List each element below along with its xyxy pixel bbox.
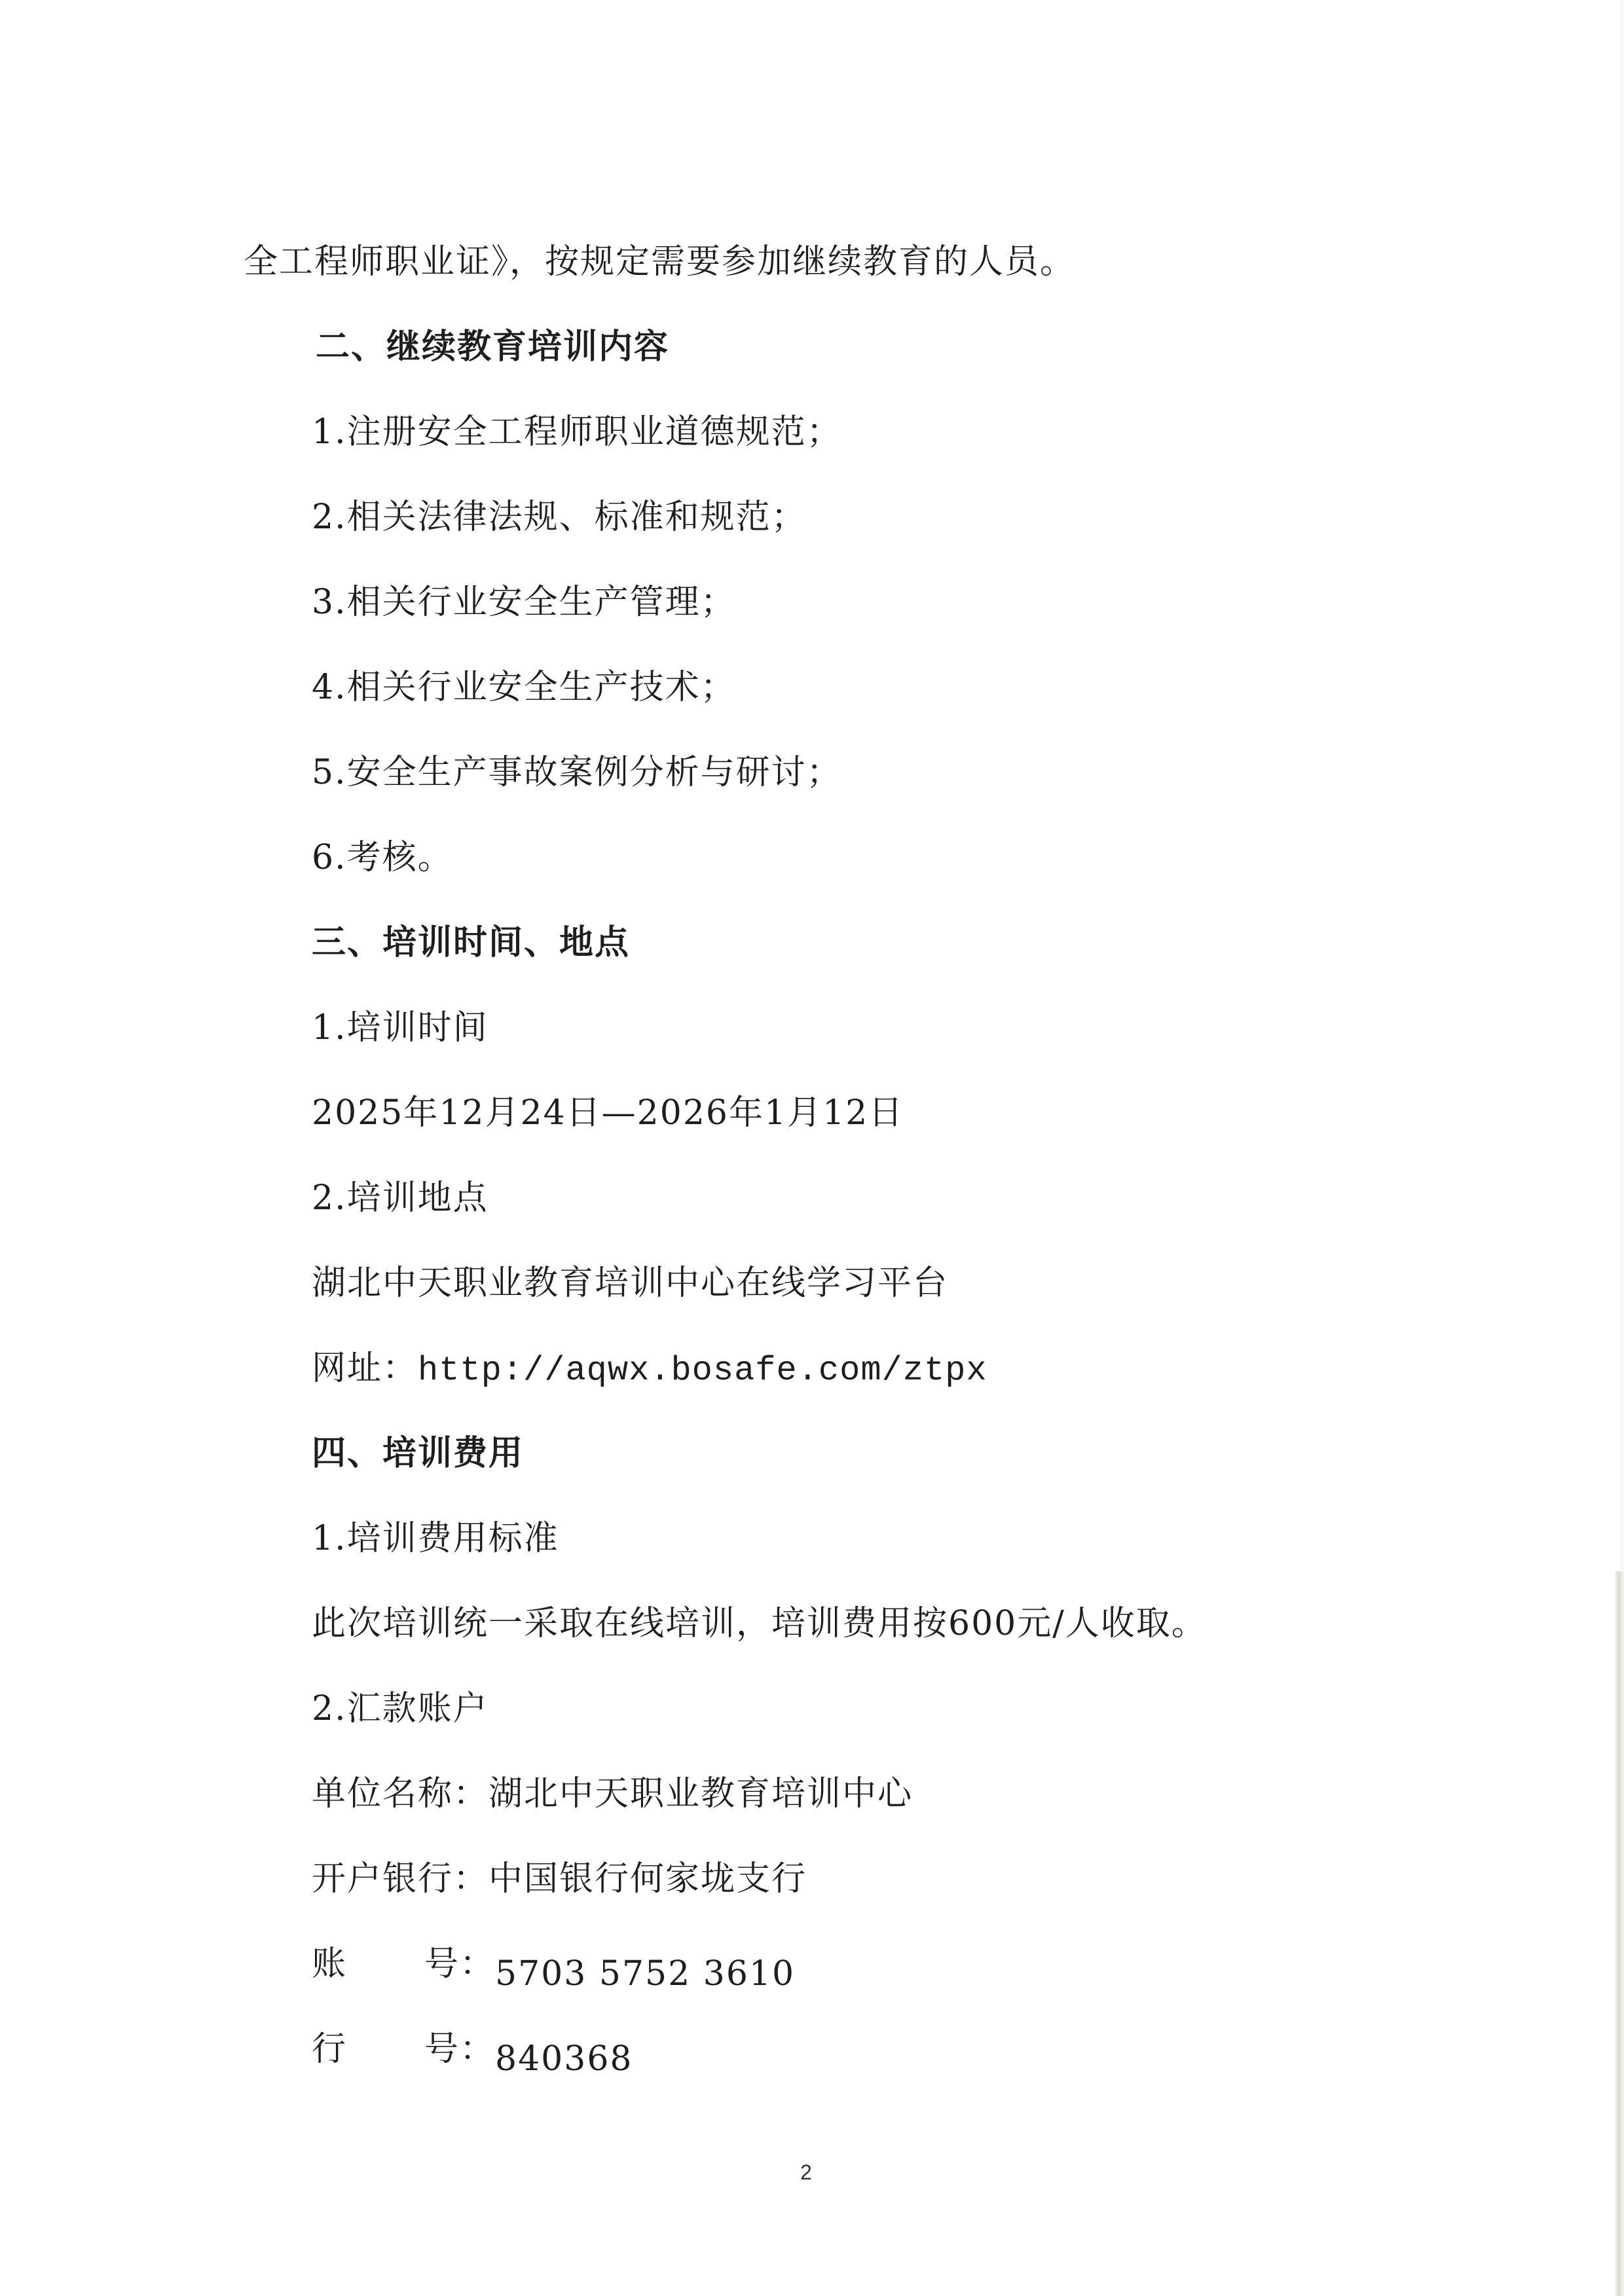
page-number: 2 [800,2160,812,2185]
continuation-line: 全工程师职业证》，按规定需要参加继续教育的人员。 [244,241,1075,283]
training-place-label: 2.培训地点 [312,1177,489,1219]
unit-name-line: 单位名称：湖北中天职业教育培训中心 [312,1773,913,1815]
bank-code-label: 行号： [312,2028,495,2070]
account-number-value: 5703 5752 3610 [495,1954,795,1994]
unit-name-label: 单位名称： [312,1774,489,1813]
fee-standard-label: 1.培训费用标准 [312,1518,559,1559]
bank-code-line: 行号：840368 [312,2028,633,2080]
section-heading-time-place: 三、培训时间、地点 [312,922,630,964]
unit-name-value: 湖北中天职业教育培训中心 [489,1774,913,1813]
scan-edge-artifact [1620,0,1624,1571]
account-number-label: 账号： [312,1943,495,1985]
bank-value: 中国银行何家垅支行 [489,1859,807,1899]
training-url-line: 网址：http://aqwx.bosafe.com/ztpx [312,1347,987,1392]
section-heading-fees: 四、培训费用 [312,1432,524,1474]
remittance-account-label: 2.汇款账户 [312,1688,489,1730]
content-item-3: 3.相关行业安全生产管理； [312,581,736,623]
content-item-1: 1.注册安全工程师职业道德规范； [312,411,842,453]
url-link[interactable]: http://aqwx.bosafe.com/ztpx [418,1351,987,1390]
scan-edge-artifact-lower [1615,1571,1624,2296]
training-time-value: 2025年12月24日—2026年1月12日 [312,1092,904,1134]
content-item-2: 2.相关法律法规、标准和规范； [312,496,807,538]
bank-code-value: 840368 [495,2039,633,2079]
document-page: 全工程师职业证》，按规定需要参加继续教育的人员。 二、继续教育培训内容 1.注册… [0,0,1624,2296]
content-item-5: 5.安全生产事故案例分析与研讨； [312,752,842,793]
training-place-value: 湖北中天职业教育培训中心在线学习平台 [312,1262,948,1304]
bank-label: 开户银行： [312,1859,489,1899]
section-heading-training-content: 二、继续教育培训内容 [316,326,669,368]
content-item-6: 6.考核。 [312,837,453,879]
fee-standard-text: 此次培训统一采取在线培训，培训费用按600元/人收取。 [312,1603,1207,1645]
account-number-line: 账号：5703 5752 3610 [312,1943,795,1995]
bank-line: 开户银行：中国银行何家垅支行 [312,1858,807,1900]
content-item-4: 4.相关行业安全生产技术； [312,666,736,708]
training-time-label: 1.培训时间 [312,1007,489,1049]
url-label: 网址： [312,1349,418,1388]
